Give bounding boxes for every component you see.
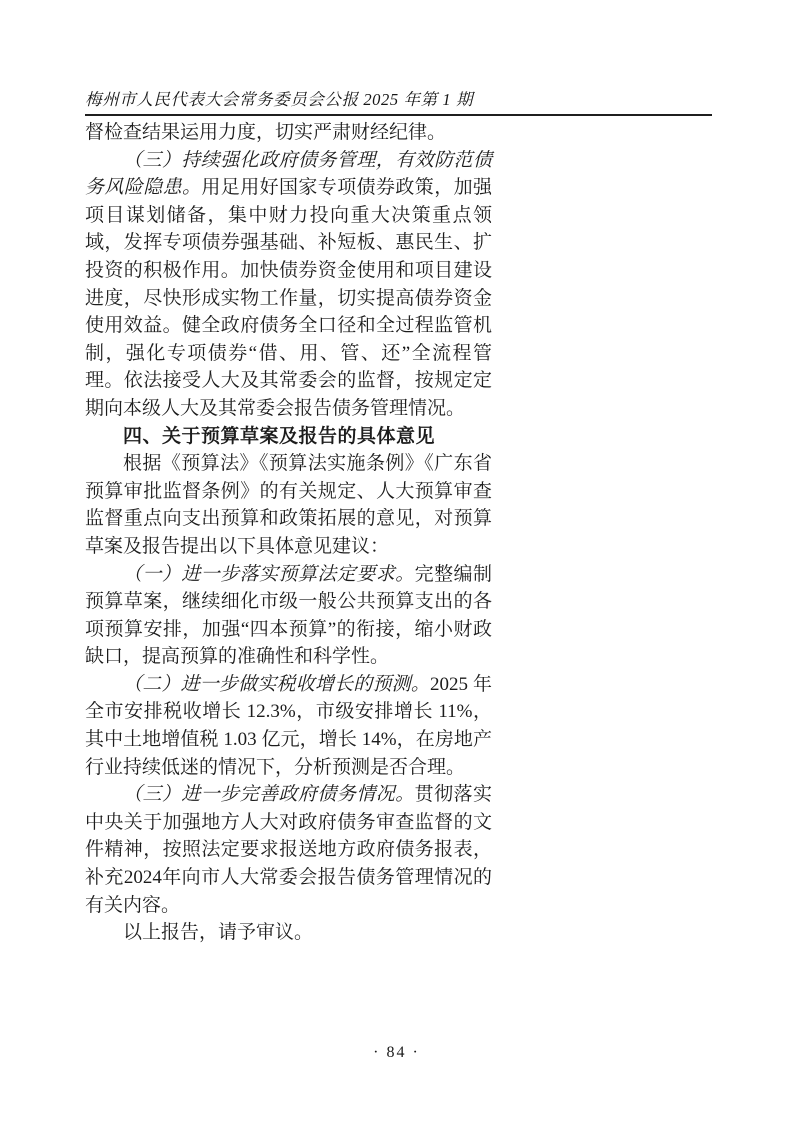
paragraph: （二）进一步做实税收增长的预测。2025 年全市安排税收增长 12.3%，市级安… [85, 671, 492, 781]
text-segment: （二）进一步做实税收增长的预测。 [123, 674, 430, 695]
paragraph: 督检查结果运用力度，切实严肃财经纪律。 [85, 119, 492, 147]
header-journal-title: 梅州市人民代表大会常务委员会公报 2025 年第 1 期 [85, 89, 705, 111]
page-number: · 84 · [0, 1044, 793, 1062]
text-segment: （一）进一步落实预算法定要求。 [123, 564, 415, 585]
document-body: 督检查结果运用力度，切实严肃财经纪律。（三）持续强化政府债务管理，有效防范债务风… [85, 119, 492, 947]
text-segment: 四、关于预算草案及报告的具体意见 [123, 426, 435, 447]
text-segment: 以上报告，请予审议。 [123, 922, 313, 943]
text-segment: 督检查结果运用力度，切实严肃财经纪律。 [85, 122, 446, 143]
text-segment: 根据《预算法》《预算法实施条例》《广东省预算审批监督条例》的有关规定、人大预算审… [85, 453, 492, 557]
document-page: 梅州市人民代表大会常务委员会公报 2025 年第 1 期 督检查结果运用力度，切… [0, 0, 793, 1122]
paragraph: （三）进一步完善政府债务情况。贯彻落实中央关于加强地方人大对政府债务审查监督的文… [85, 781, 492, 919]
paragraph: 以上报告，请予审议。 [85, 919, 492, 947]
header-rule [85, 114, 712, 116]
text-segment: 用足用好国家专项债券政策，加强项目谋划储备，集中财力投向重大决策重点领域，发挥专… [85, 177, 492, 419]
text-segment: （三）进一步完善政府债务情况。 [123, 784, 415, 805]
paragraph: （一）进一步落实预算法定要求。完整编制预算草案，继续细化市级一般公共预算支出的各… [85, 561, 492, 671]
paragraph: （三）持续强化政府债务管理，有效防范债务风险隐患。用足用好国家专项债券政策，加强… [85, 147, 492, 423]
section-heading: 四、关于预算草案及报告的具体意见 [85, 423, 492, 451]
paragraph: 根据《预算法》《预算法实施条例》《广东省预算审批监督条例》的有关规定、人大预算审… [85, 450, 492, 560]
